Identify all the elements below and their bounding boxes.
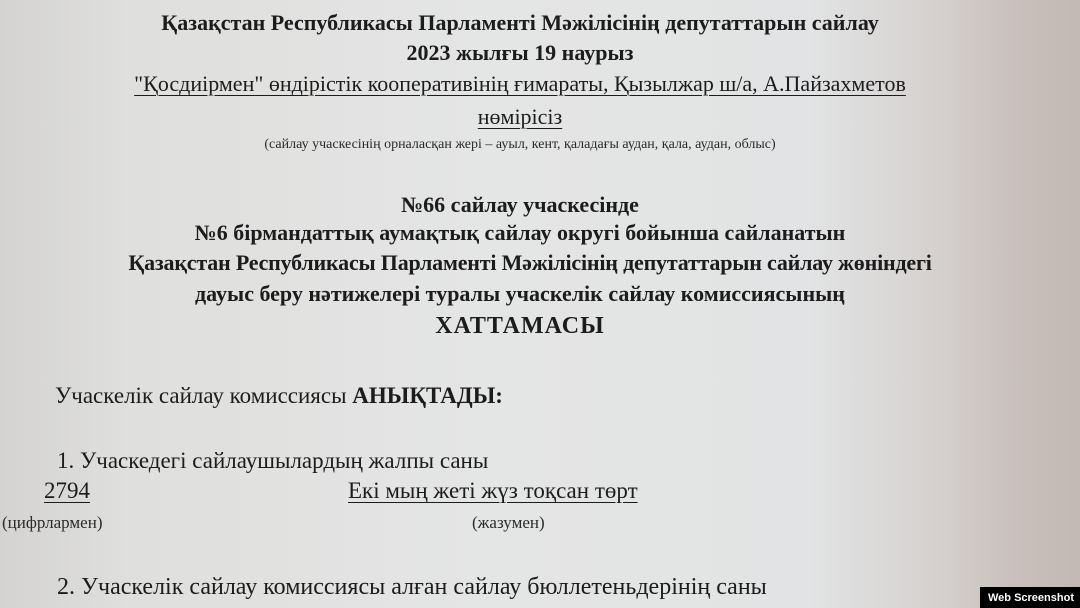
election-subject: Қазақстан Республикасы Парламенті Мәжілі… [0, 250, 1070, 276]
item-1-words-caption: (жазумен) [472, 513, 545, 533]
web-screenshot-badge: Web Screenshot [980, 587, 1080, 608]
determined-prefix: Учаскелік сайлау комиссиясы [55, 383, 352, 408]
determined-keyword: АНЫҚТАДЫ: [352, 383, 503, 408]
determined-statement: Учаскелік сайлау комиссиясы АНЫҚТАДЫ: [55, 383, 503, 409]
item-1-label: 1. Учаскедегі сайлаушылардың жалпы саны [57, 448, 488, 474]
protocol-subject: дауыс беру нәтижелері туралы учаскелік с… [0, 281, 1040, 307]
protocol-heading: ХАТТАМАСЫ [0, 313, 1040, 340]
polling-station-number: №66 сайлау учаскесінде [0, 192, 1040, 218]
item-1-digits-caption: (цифрлармен) [2, 513, 102, 533]
election-date: 2023 жылғы 19 наурыз [0, 40, 1040, 66]
polling-location-continued: нөмірісіз [0, 104, 1040, 130]
location-caption: (сайлау учаскесінің орналасқан жері – ау… [0, 137, 1040, 153]
polling-location: "Қосдиірмен" өндірістік кооперативінің ғ… [20, 71, 1020, 97]
electoral-district: №6 бірмандаттық аумақтық сайлау округі б… [0, 220, 1040, 246]
item-1-value-words: Екі мың жеті жүз тоқсан төрт [348, 478, 638, 504]
document-title: Қазақстан Республикасы Парламенті Мәжілі… [0, 10, 1040, 36]
item-2-label: 2. Учаскелік сайлау комиссиясы алған сай… [57, 574, 767, 601]
item-1-value-digits: 2794 [44, 478, 90, 504]
